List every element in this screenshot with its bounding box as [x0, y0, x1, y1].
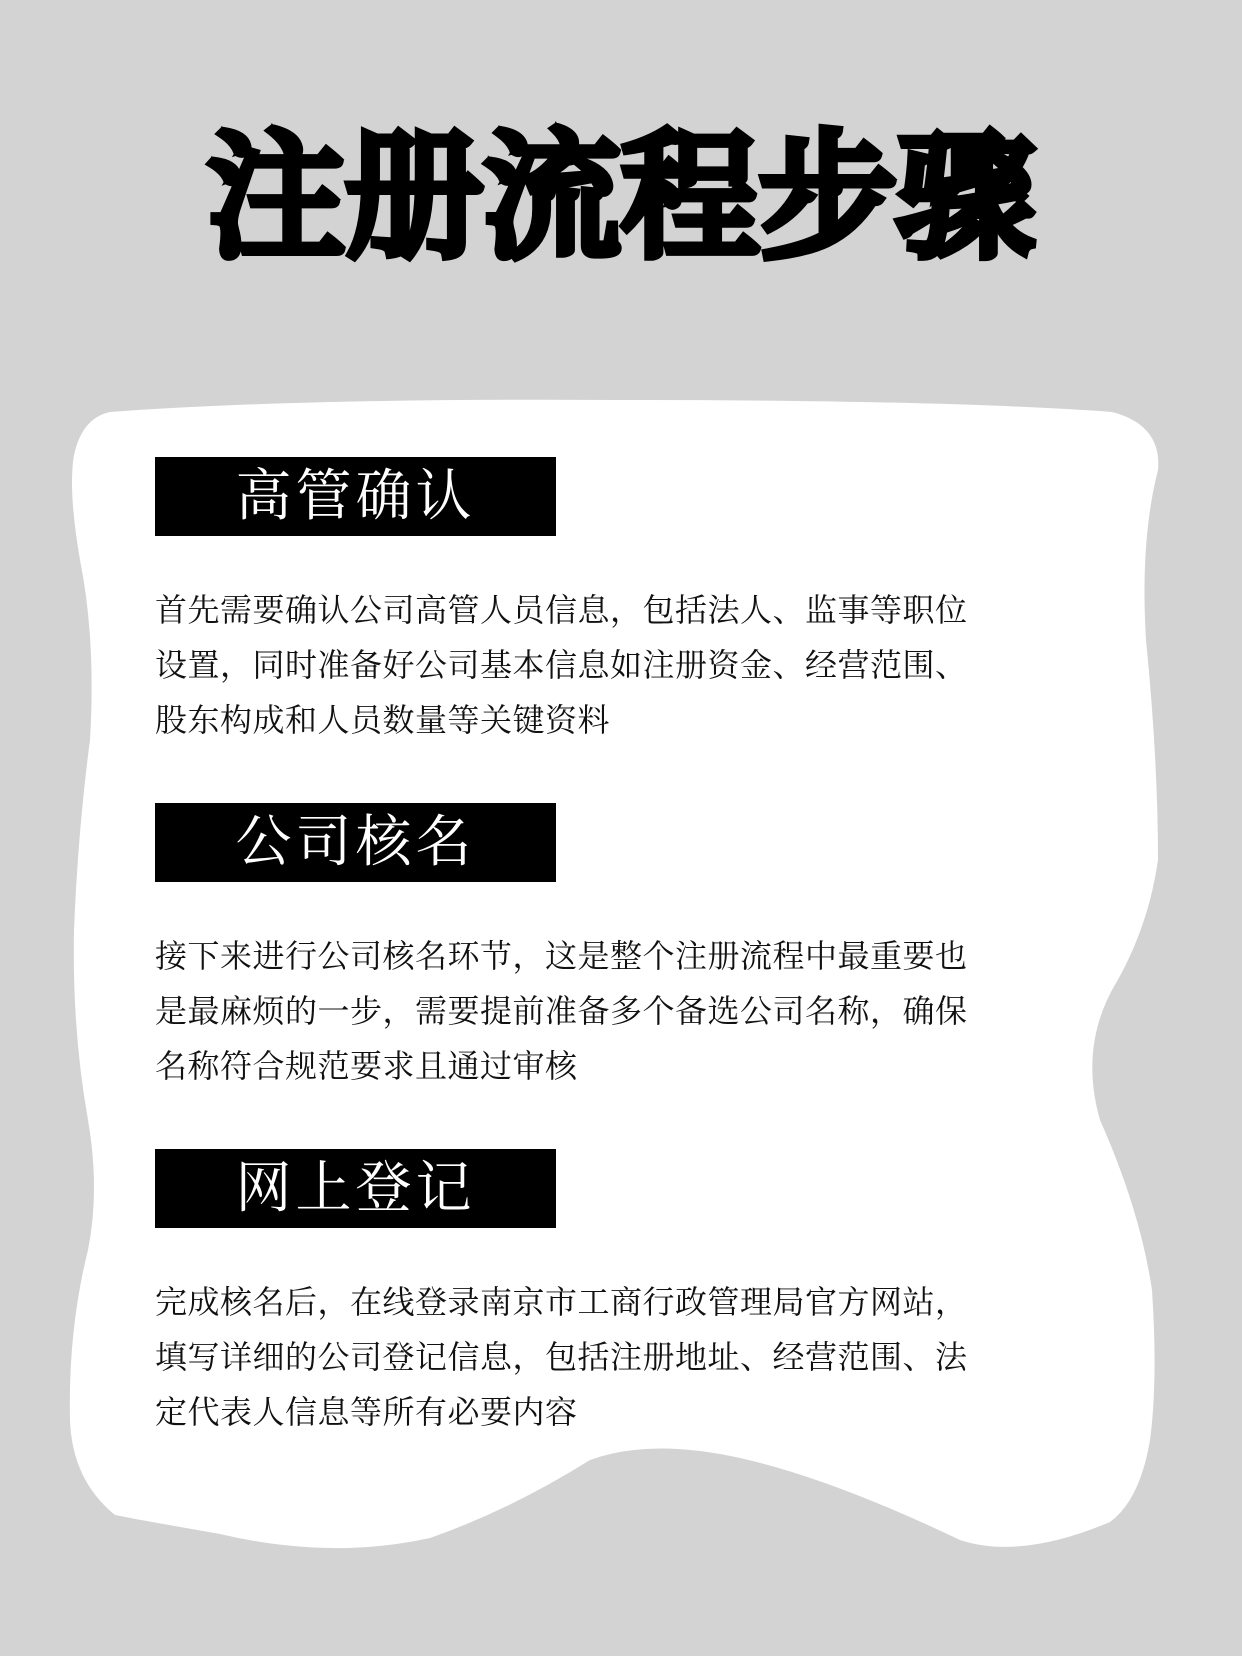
body-line: 接下来进行公司核名环节，这是整个注册流程中最重要也 [155, 929, 1065, 984]
section-header-executive-confirmation: 高管确认 [155, 457, 556, 536]
body-line: 名称符合规范要求且通过审核 [155, 1039, 1065, 1094]
section-body-executive-confirmation: 首先需要确认公司高管人员信息，包括法人、监事等职位 设置，同时准备好公司基本信息… [155, 583, 1065, 748]
body-line: 定代表人信息等所有必要内容 [155, 1385, 1065, 1440]
body-line: 首先需要确认公司高管人员信息，包括法人、监事等职位 [155, 583, 1065, 638]
section-heading-text: 高管确认 [236, 464, 476, 529]
body-line: 设置，同时准备好公司基本信息如注册资金、经营范围、 [155, 638, 1065, 693]
section-header-name-check: 公司核名 [155, 803, 556, 882]
body-line: 是最麻烦的一步，需要提前准备多个备选公司名称，确保 [155, 984, 1065, 1039]
body-line: 股东构成和人员数量等关键资料 [155, 693, 1065, 748]
section-body-online-registration: 完成核名后，在线登录南京市工商行政管理局官方网站， 填写详细的公司登记信息，包括… [155, 1275, 1065, 1440]
section-heading-text: 公司核名 [236, 810, 476, 875]
section-header-online-registration: 网上登记 [155, 1149, 556, 1228]
section-body-name-check: 接下来进行公司核名环节，这是整个注册流程中最重要也 是最麻烦的一步，需要提前准备… [155, 929, 1065, 1094]
body-line: 完成核名后，在线登录南京市工商行政管理局官方网站， [155, 1275, 1065, 1330]
body-line: 填写详细的公司登记信息，包括注册地址、经营范围、法 [155, 1330, 1065, 1385]
section-heading-text: 网上登记 [236, 1156, 476, 1221]
